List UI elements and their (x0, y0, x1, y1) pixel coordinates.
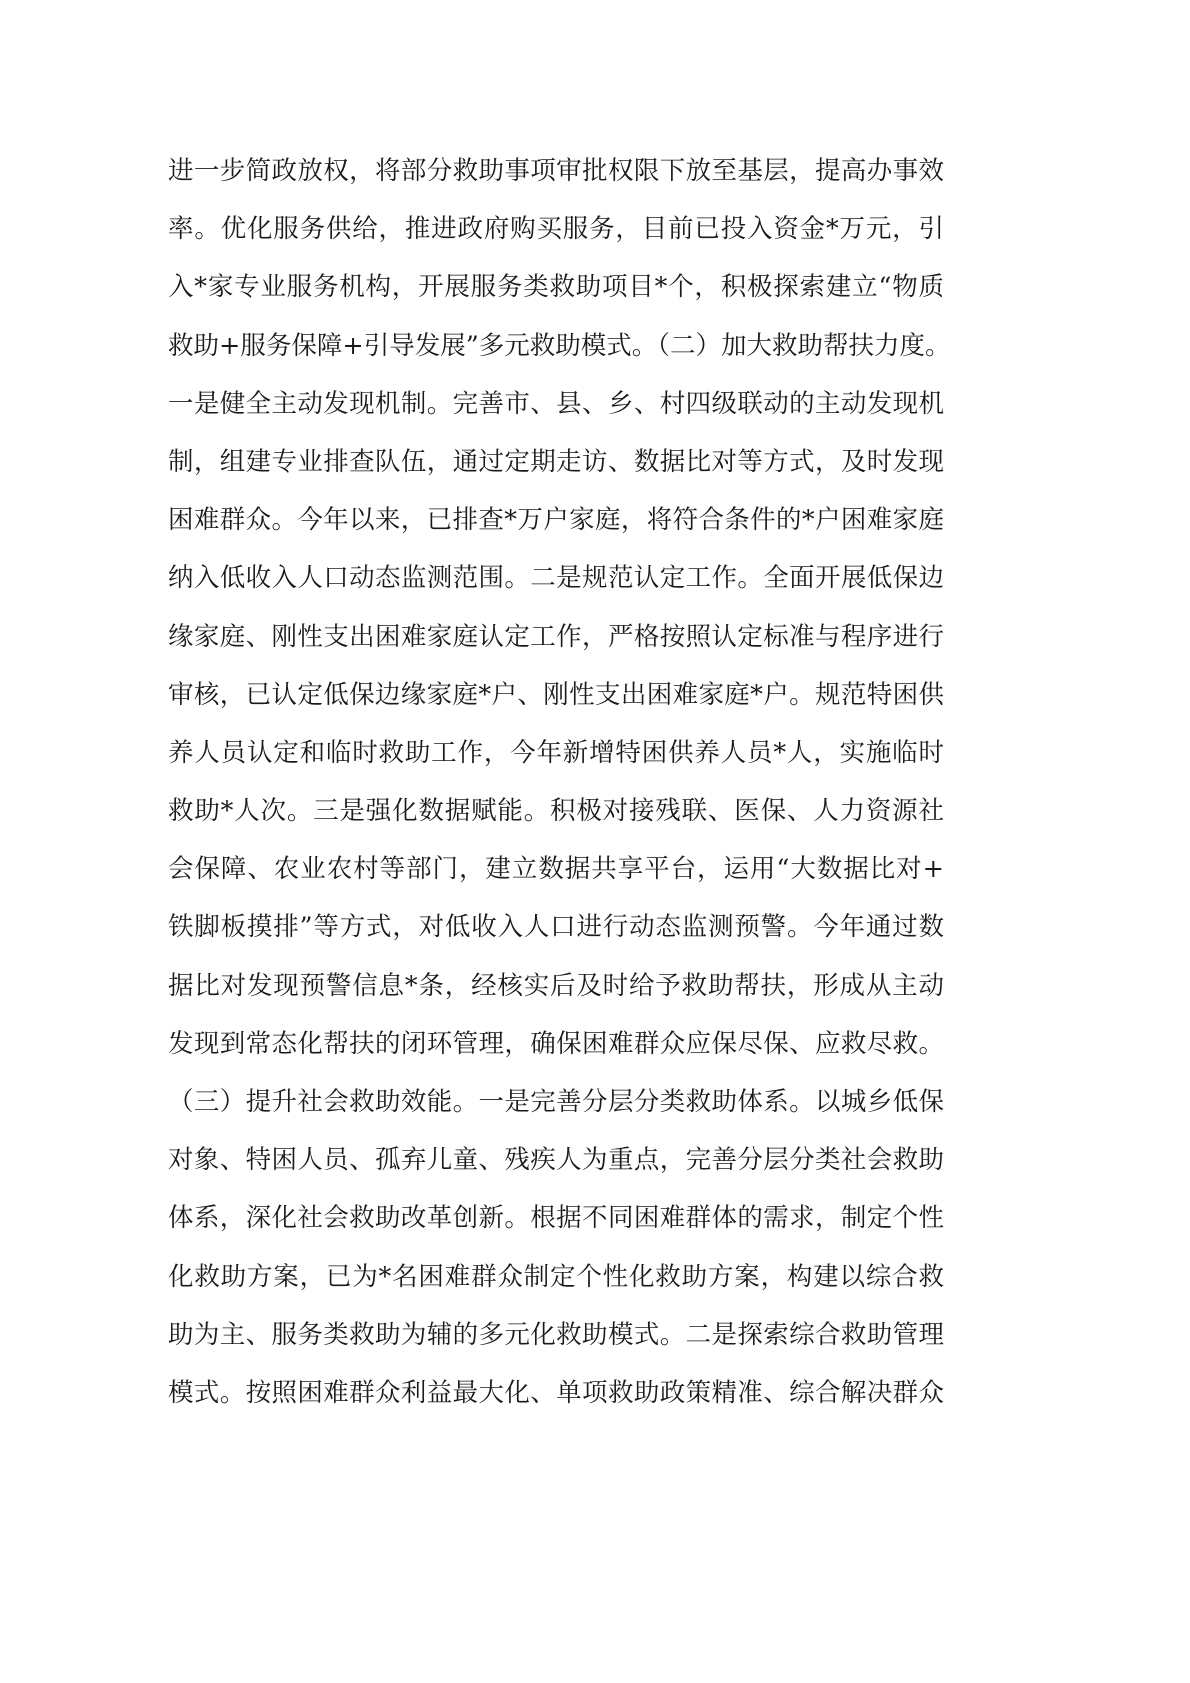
text-line: 入*家专业服务机构，开展服务类救助项目*个，积极探索建立“物质 (168, 258, 944, 316)
text-line: 据比对发现预警信息*条，经核实后及时给予救助帮扶，形成从主动 (168, 957, 944, 1015)
text-line: 一是健全主动发现机制。完善市、县、乡、村四级联动的主动发现机 (168, 375, 944, 433)
text-line: 模式。按照困难群众利益最大化、单项救助政策精准、综合解决群众 (168, 1364, 944, 1422)
text-line: 发现到常态化帮扶的闭环管理，确保困难群众应保尽保、应救尽救。 (168, 1015, 944, 1073)
document-page: 进一步简政放权，将部分救助事项审批权限下放至基层，提高办事效 率。优化服务供给，… (0, 0, 1190, 1683)
text-line: （三）提升社会救助效能。一是完善分层分类救助体系。以城乡低保 (168, 1073, 944, 1131)
body-paragraph: 进一步简政放权，将部分救助事项审批权限下放至基层，提高办事效 率。优化服务供给，… (168, 142, 944, 1422)
text-line: 对象、特困人员、孤弃儿童、残疾人为重点，完善分层分类社会救助 (168, 1131, 944, 1189)
text-line: 化救助方案，已为*名困难群众制定个性化救助方案，构建以综合救 (168, 1248, 944, 1306)
text-line: 铁脚板摸排”等方式，对低收入人口进行动态监测预警。今年通过数 (168, 898, 944, 956)
text-line: 制，组建专业排查队伍，通过定期走访、数据比对等方式，及时发现 (168, 433, 944, 491)
text-line: 助为主、服务类救助为辅的多元化救助模式。二是探索综合救助管理 (168, 1306, 944, 1364)
text-line: 审核，已认定低保边缘家庭*户、刚性支出困难家庭*户。规范特困供 (168, 666, 944, 724)
text-line: 缘家庭、刚性支出困难家庭认定工作，严格按照认定标准与程序进行 (168, 608, 944, 666)
text-line: 纳入低收入人口动态监测范围。二是规范认定工作。全面开展低保边 (168, 549, 944, 607)
text-line: 进一步简政放权，将部分救助事项审批权限下放至基层，提高办事效 (168, 142, 944, 200)
text-line: 会保障、农业农村等部门，建立数据共享平台，运用“大数据比对+ (168, 840, 944, 898)
text-line: 养人员认定和临时救助工作，今年新增特困供养人员*人，实施临时 (168, 724, 944, 782)
text-line: 率。优化服务供给，推进政府购买服务，目前已投入资金*万元，引 (168, 200, 944, 258)
text-line: 救助+服务保障+引导发展”多元救助模式。（二）加大救助帮扶力度。 (168, 317, 944, 375)
text-line: 体系，深化社会救助改革创新。根据不同困难群体的需求，制定个性 (168, 1189, 944, 1247)
text-line: 救助*人次。三是强化数据赋能。积极对接残联、医保、人力资源社 (168, 782, 944, 840)
text-line: 困难群众。今年以来，已排查*万户家庭，将符合条件的*户困难家庭 (168, 491, 944, 549)
